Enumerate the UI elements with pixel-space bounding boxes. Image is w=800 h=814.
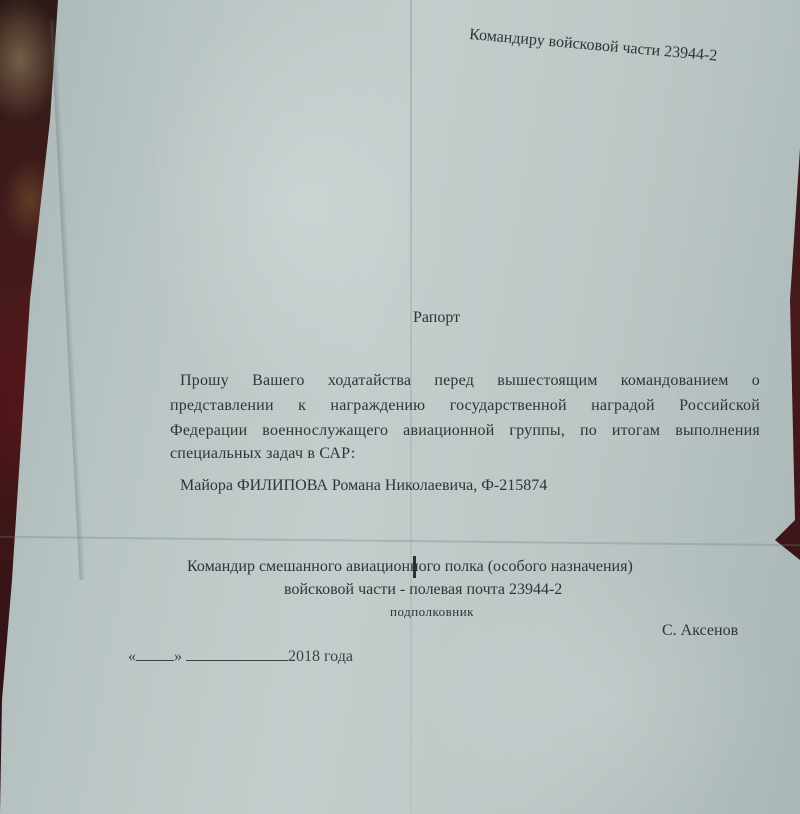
signer-position-line1: Командир смешанного авиационного полка (… xyxy=(187,558,633,576)
signer-name: С. Аксенов xyxy=(662,622,738,640)
date-year: 2018 года xyxy=(288,648,353,665)
body-line-1: Прошу Вашего ходатайства перед вышестоящ… xyxy=(180,372,760,390)
nominee-name: Майора ФИЛИПОВА Романа Николаевича, Ф-21… xyxy=(180,477,547,495)
signer-position-line2: войсковой части - полевая почта 23944-2 xyxy=(284,581,562,599)
day-blank xyxy=(136,646,174,661)
date-open-quote: « xyxy=(128,648,136,665)
document-title: Рапорт xyxy=(413,309,460,327)
date-line: «» 2018 года xyxy=(128,646,353,666)
signer-rank: подполковник xyxy=(390,604,474,620)
body-line-2: представлении к награждению государствен… xyxy=(170,397,760,415)
staple-pin xyxy=(413,556,416,578)
body-line-3: Федерации военнослужащего авиационной гр… xyxy=(170,422,760,440)
body-line-4: специальных задач в САР: xyxy=(170,445,356,463)
date-close-quote: » xyxy=(174,648,182,665)
month-blank xyxy=(186,646,288,661)
